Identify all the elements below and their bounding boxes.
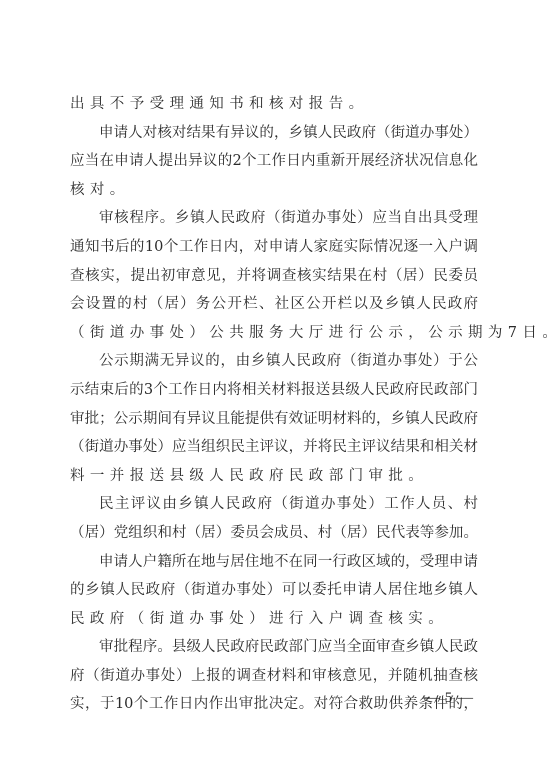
paragraph-first-line: 审批程序。县级人民政府民政部门应当全面审查乡镇人民政 — [70, 633, 478, 662]
document-body: 出具不予受理通知书和核对报告。 申请人对核对结果有异议的，乡镇人民政府（街道办事… — [70, 90, 478, 719]
paragraph-first-line: 申请人对核对结果有异议的，乡镇人民政府（街道办事处） — [70, 119, 478, 148]
text-line: 示结束后的3个工作日内将相关材料报送县级人民政府民政部门 — [70, 376, 478, 405]
text-line: 府（街道办事处）上报的调查材料和审核意见，并随机抽查核 — [70, 662, 478, 691]
paragraph-first-line: 民主评议由乡镇人民政府（街道办事处）工作人员、村 — [70, 490, 478, 519]
text-line: 应当在申请人提出异议的2个工作日内重新开展经济状况信息化 — [70, 147, 478, 176]
text-line: （居）党组织和村（居）委员会成员、村（居）民代表等参加。 — [70, 519, 478, 548]
text-line: 核对。 — [70, 176, 478, 205]
text-line: 料一并报送县级人民政府民政部门审批。 — [70, 462, 478, 491]
text-line: 民政府（街道办事处）进行入户调查核实。 — [70, 605, 478, 634]
text-line: 审批；公示期间有异议且能提供有效证明材料的，乡镇人民政府 — [70, 405, 478, 434]
paragraph-first-line: 公示期满无异议的，由乡镇人民政府（街道办事处）于公 — [70, 347, 478, 376]
page-number: — 5 — — [414, 690, 484, 707]
text-line: 会设置的村（居）务公开栏、社区公开栏以及乡镇人民政府 — [70, 290, 478, 319]
text-line: 通知书后的10个工作日内，对申请人家庭实际情况逐一入户调 — [70, 233, 478, 262]
text-line: （街道办事处）公共服务大厅进行公示，公示期为7日。 — [70, 319, 478, 348]
paragraph-first-line: 申请人户籍所在地与居住地不在同一行政区域的，受理申请 — [70, 548, 478, 577]
text-line: 出具不予受理通知书和核对报告。 — [70, 90, 478, 119]
paragraph-first-line: 审核程序。乡镇人民政府（街道办事处）应当自出具受理 — [70, 204, 478, 233]
text-line: （街道办事处）应当组织民主评议，并将民主评议结果和相关材 — [70, 433, 478, 462]
text-line: 查核实，提出初审意见，并将调查核实结果在村（居）民委员 — [70, 262, 478, 291]
text-line: 的乡镇人民政府（街道办事处）可以委托申请人居住地乡镇人 — [70, 576, 478, 605]
document-page: 出具不予受理通知书和核对报告。 申请人对核对结果有异议的，乡镇人民政府（街道办事… — [0, 0, 550, 778]
